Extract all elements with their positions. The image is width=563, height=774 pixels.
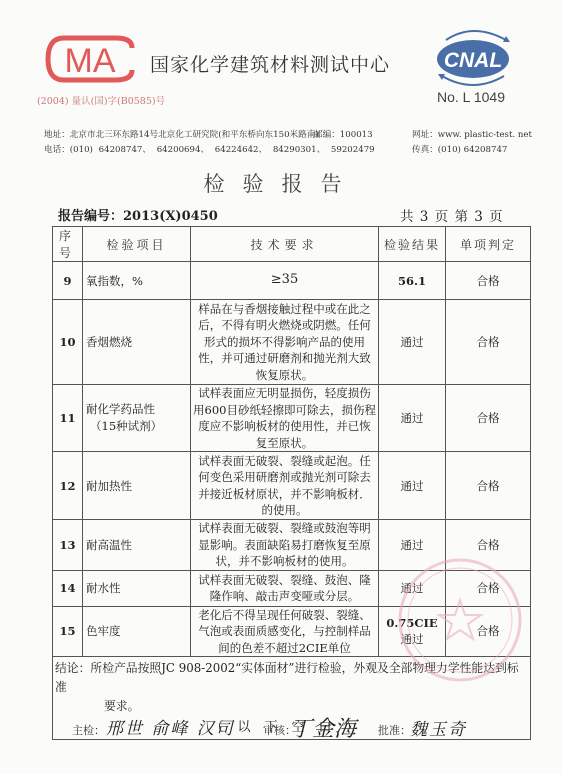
row-no: 12 — [53, 452, 83, 520]
row-requirement: 试样表面无破裂、裂缝或起泡。任何变色采用研磨剂或抛光剂可除去并接近板材原状，并不… — [191, 452, 379, 520]
row-requirement: 试样表面应无明显损伤，轻度损伤用600目砂纸轻擦即可除去，损伤程度应不影响板材的… — [191, 385, 379, 452]
address-label: 地址： — [44, 130, 70, 140]
website-link[interactable]: www. plastic-test. net — [438, 130, 532, 140]
row-requirement: 试样表面无破裂、裂缝或鼓泡等明显影响。表面缺陷易打磨恢复至原状，并不影响板材的使… — [191, 520, 379, 571]
reviewer-signature: 丁金海 — [290, 712, 356, 743]
row-no: 9 — [53, 262, 83, 300]
row-requirement: 试样表面无破裂、裂缝、鼓泡、隆隆作响、敲击声变哑或分层。 — [191, 570, 379, 606]
address-line: 地址：北京市北三环东路14号北京化工研究院(和平东桥向东150米路南) — [44, 128, 319, 140]
cert-number: (2004) 量认(国)字(B0585)号 — [37, 93, 165, 107]
header-requirement: 技术要求 — [191, 227, 379, 262]
row-item: 香烟燃烧 — [83, 300, 191, 385]
header-no: 序号 — [53, 227, 83, 262]
postcode-line: 邮编：100013 — [314, 128, 373, 140]
row-item: 色牢度 — [83, 606, 191, 657]
postcode-label: 邮编： — [314, 130, 340, 140]
table-row: 11 耐化学药品性 （15种试剂） 试样表面应无明显损伤，轻度损伤用600目砂纸… — [53, 385, 531, 452]
page-info: 共 3 页 第 3 页 — [400, 205, 504, 225]
postcode: 100013 — [340, 130, 373, 140]
row-result: 通过 — [379, 300, 446, 385]
cma-logo: MA — [44, 34, 136, 84]
table-row: 12 耐加热性 试样表面无破裂、裂缝或起泡。任何变色采用研磨剂或抛光剂可除去并接… — [53, 452, 531, 520]
row-result: 56.1 — [379, 262, 446, 300]
official-seal — [395, 555, 525, 685]
row-result: 通过 — [379, 385, 446, 452]
header-item: 检验项目 — [83, 227, 191, 262]
header-judgement: 单项判定 — [446, 227, 531, 262]
row-item: 耐高温性 — [83, 520, 191, 571]
fax-label: 传真： — [412, 145, 438, 155]
report-number-value: 2013(X)0450 — [123, 209, 218, 224]
phone-label: 电话： — [44, 145, 70, 155]
phones: (010) 64208747、 64200694、 64224642、 8429… — [70, 145, 375, 155]
row-no: 11 — [53, 385, 83, 452]
report-number: 报告编号：2013(X)0450 — [58, 205, 218, 224]
row-item: 耐水性 — [83, 570, 191, 606]
org-name: 国家化学建筑材料测试中心 — [150, 50, 390, 77]
cnal-logo: CNAL — [428, 26, 518, 88]
row-judgement: 合格 — [446, 300, 531, 385]
row-item-line2: （15种试剂） — [86, 418, 190, 435]
document-title: 检验报告 — [0, 168, 563, 198]
row-item: 耐化学药品性 （15种试剂） — [83, 385, 191, 452]
website-line: 网址：www. plastic-test. net — [412, 128, 532, 140]
phone-line: 电话：(010) 64208747、 64200694、 64224642、 8… — [44, 143, 375, 155]
inspector-label: 主检： — [72, 722, 105, 738]
table-header-row: 序号 检验项目 技术要求 检验结果 单项判定 — [53, 227, 531, 262]
svg-text:MA: MA — [65, 42, 116, 80]
row-item: 耐加热性 — [83, 452, 191, 520]
inspector-signatures: 邢世 俞峰 汉司 — [106, 714, 235, 739]
row-judgement: 合格 — [446, 385, 531, 452]
cnal-number: No. L 1049 — [437, 89, 505, 105]
row-judgement: 合格 — [446, 452, 531, 520]
approver-signature: 魏玉奇 — [410, 715, 467, 740]
address: 北京市北三环东路14号北京化工研究院(和平东桥向东150米路南) — [70, 130, 319, 140]
row-result: 通过 — [379, 452, 446, 520]
row-no: 10 — [53, 300, 83, 385]
approver-label: 批准： — [378, 722, 411, 738]
report-number-label: 报告编号： — [58, 209, 123, 224]
row-requirement: ≥35 — [191, 262, 379, 300]
header-result: 检验结果 — [379, 227, 446, 262]
fax-line: 传真：(010) 64208747 — [412, 143, 507, 155]
row-no: 15 — [53, 606, 83, 657]
row-item: 氧指数，% — [83, 262, 191, 300]
row-item-line1: 耐化学药品性 — [86, 401, 190, 418]
svg-text:CNAL: CNAL — [444, 49, 502, 72]
row-requirement: 老化后不得呈现任何破裂、裂缝、气泡或表面质感变化，与控制样品间的色差不超过2CI… — [191, 606, 379, 657]
row-judgement: 合格 — [446, 262, 531, 300]
row-no: 14 — [53, 570, 83, 606]
row-requirement: 样品在与香烟接触过程中或在此之后，不得有明火燃烧或阴燃。任何形式的损坏不得影响产… — [191, 300, 379, 385]
fax: (010) 64208747 — [438, 145, 508, 155]
conclusion-label: 结论： — [55, 661, 90, 675]
table-row: 10 香烟燃烧 样品在与香烟接触过程中或在此之后，不得有明火燃烧或阴燃。任何形式… — [53, 300, 531, 385]
row-no: 13 — [53, 520, 83, 571]
table-row: 9 氧指数，% ≥35 56.1 合格 — [53, 262, 531, 300]
website-label: 网址： — [412, 130, 438, 140]
